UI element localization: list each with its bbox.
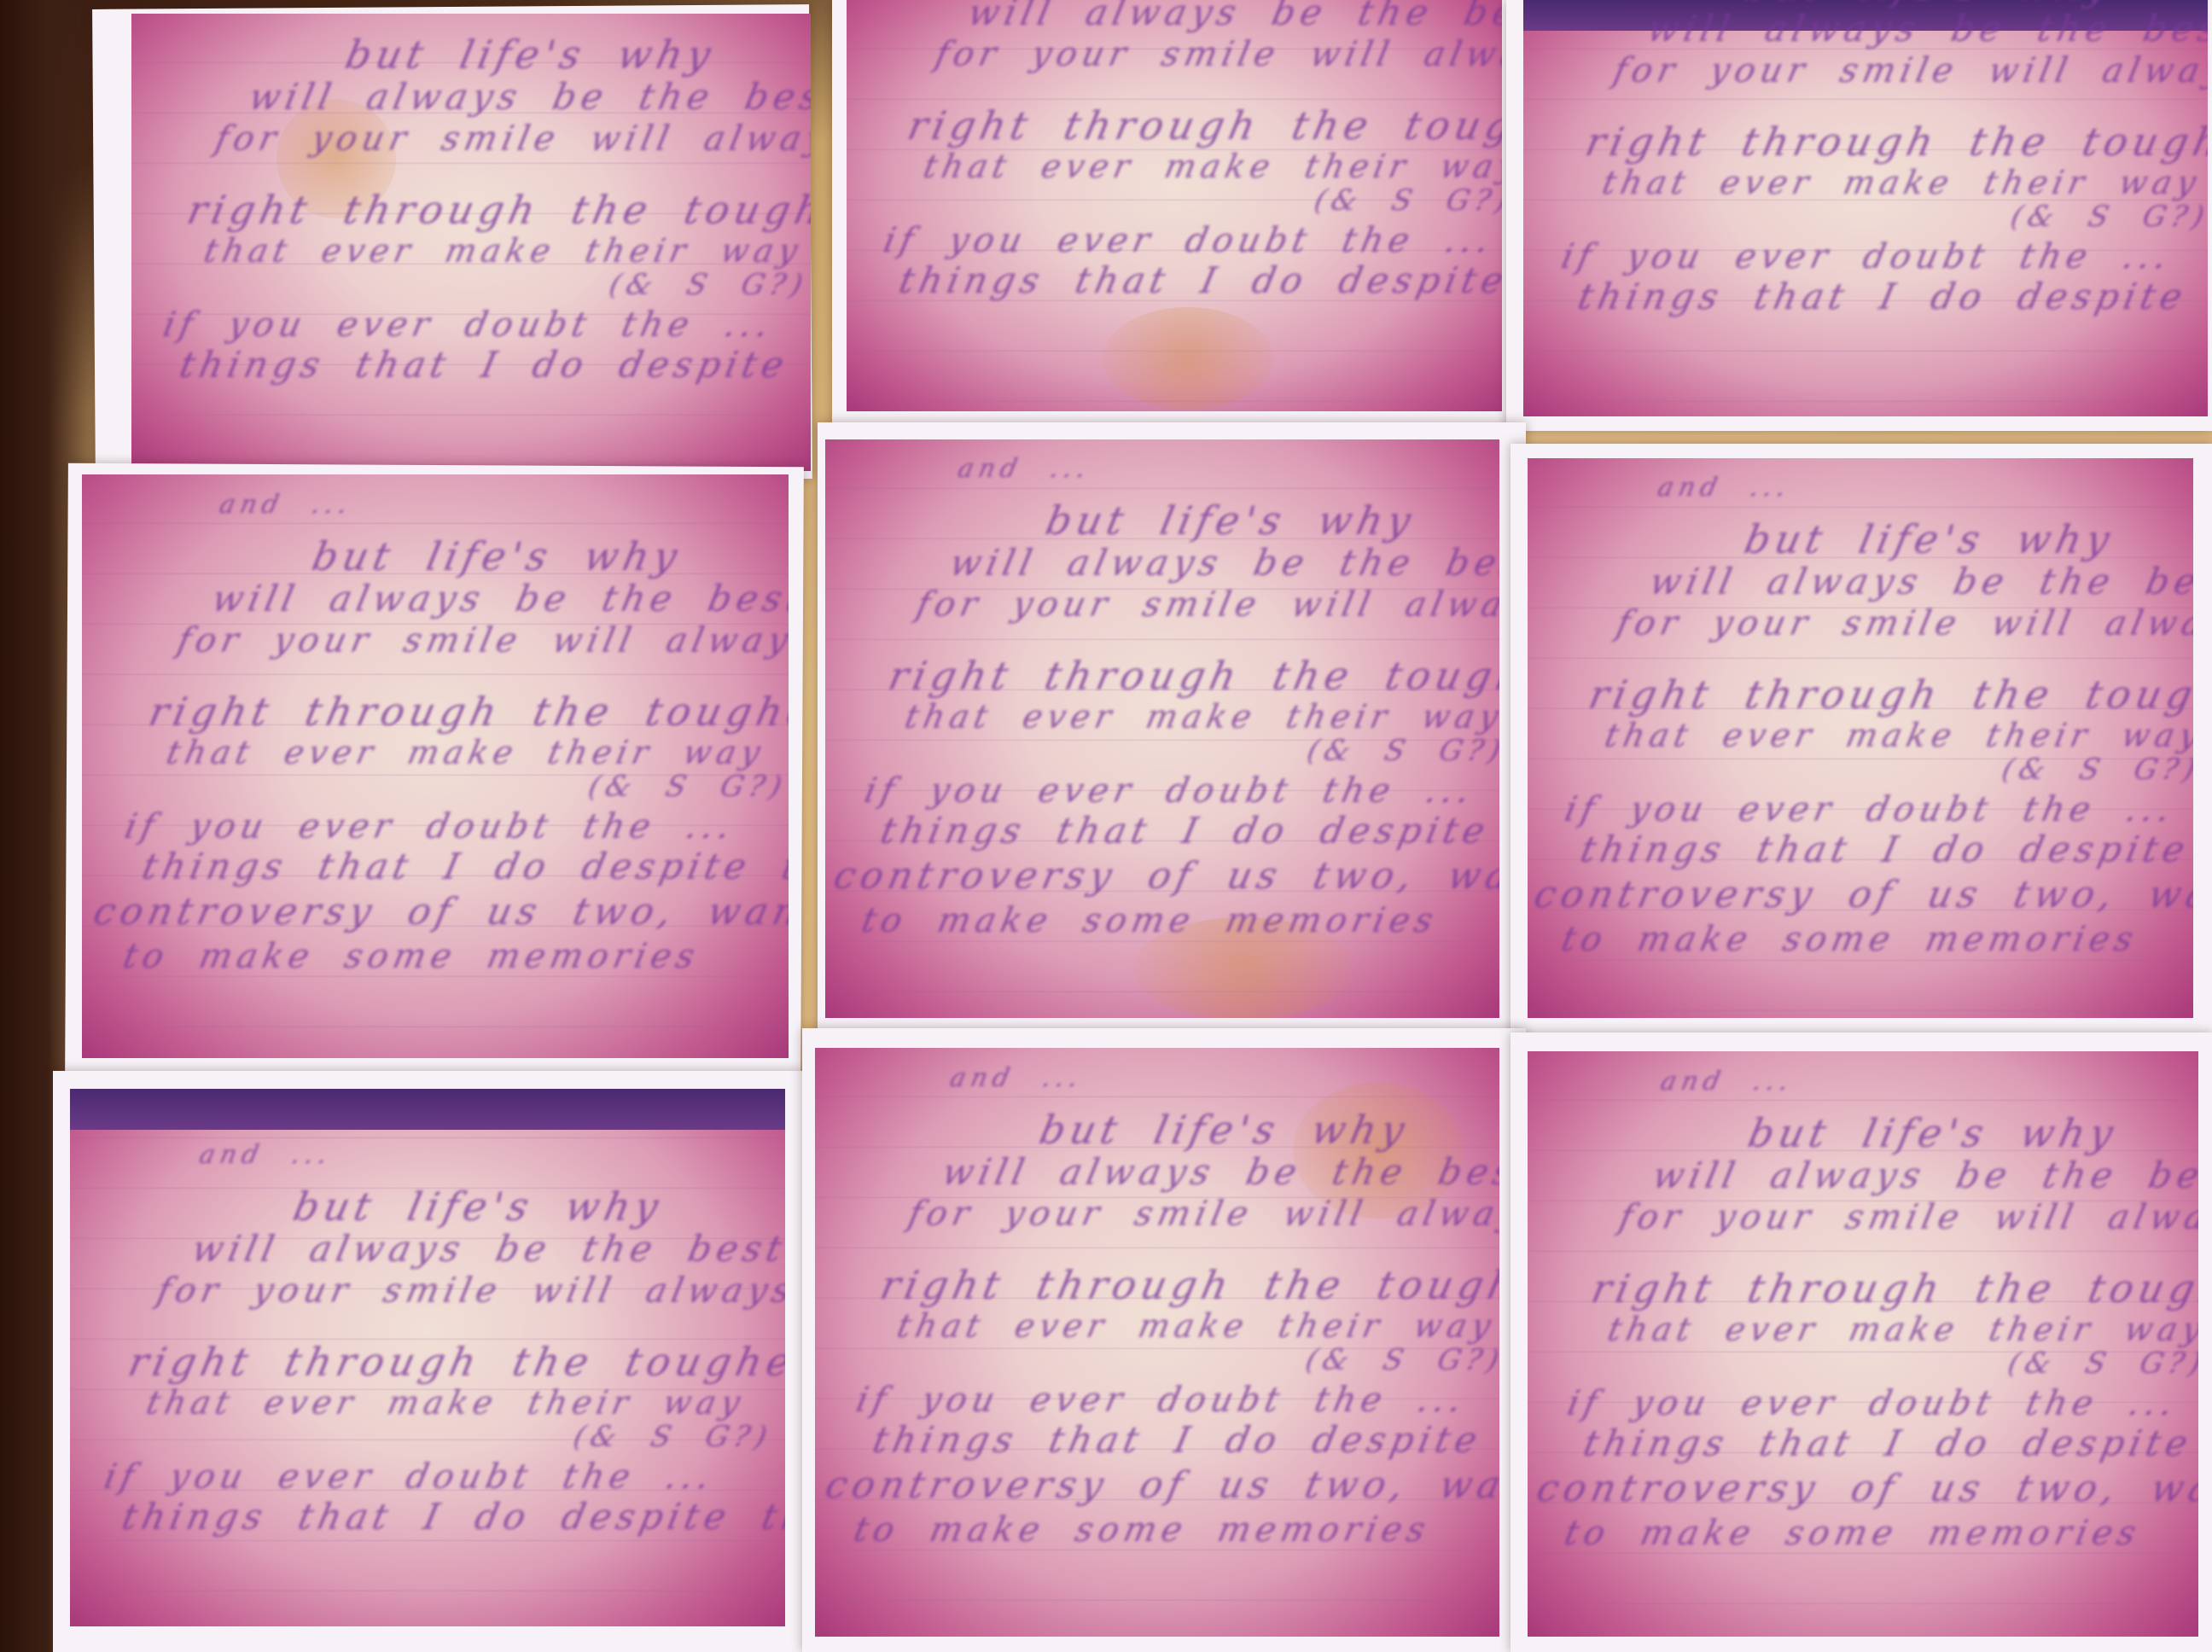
handwritten-note: and ... but life's why will always be th… bbox=[70, 1143, 785, 1615]
note-card-9: and ... but life's why will always be th… bbox=[1528, 1051, 2198, 1637]
note-card-1: and ... but life's why will always be th… bbox=[131, 14, 811, 471]
note-card-8: and ... but life's why will always be th… bbox=[815, 1048, 1499, 1637]
handwritten-note: and ... but life's why will always be th… bbox=[82, 492, 789, 1047]
note-card-5: and ... but life's why will always be th… bbox=[825, 439, 1499, 1018]
handwritten-note: and ... but life's why will always be th… bbox=[1528, 1069, 2198, 1626]
note-card-3: but life's why will always be the best p… bbox=[1523, 0, 2208, 416]
note-card-6: and ... but life's why will always be th… bbox=[1528, 458, 2193, 1018]
handwritten-note: and ... but life's why will always be th… bbox=[131, 14, 811, 462]
handwritten-note: but life's why will always be the best p… bbox=[847, 0, 1502, 403]
handwritten-note: but life's why will always be the best p… bbox=[1523, 0, 2208, 408]
note-card-2: but life's why will always be the best p… bbox=[847, 0, 1502, 411]
handwritten-note: and ... but life's why will always be th… bbox=[815, 1066, 1499, 1626]
handwritten-note: and ... but life's why will always be th… bbox=[825, 457, 1499, 1006]
note-card-7: and ... but life's why will always be th… bbox=[70, 1089, 785, 1626]
handwritten-note: and ... but life's why will always be th… bbox=[1528, 475, 2193, 1007]
note-card-4: and ... but life's why will always be th… bbox=[82, 474, 789, 1058]
